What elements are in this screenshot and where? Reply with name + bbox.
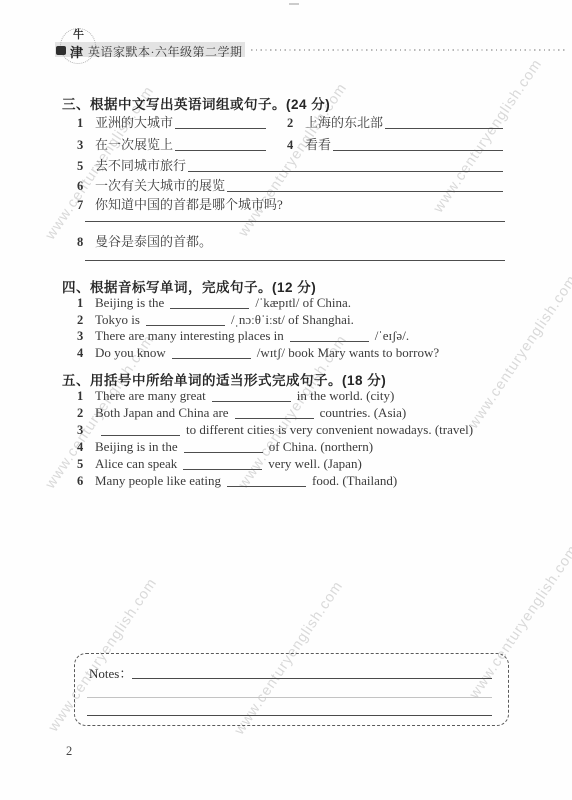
answer-blank [184, 452, 263, 453]
s4-item-2: 2 Tokyo is /ˌnɔːθˈiːst/ of Shanghai. [77, 311, 354, 328]
item-text: 一次有关大城市的展览 [95, 175, 225, 194]
section4-title: 四、根据音标写单词，完成句子。(12 分) [62, 276, 316, 296]
item-text-pre: Beijing is in the [95, 439, 178, 455]
s5-item-1: 1 There are many great in the world. (ci… [77, 387, 394, 404]
notes-line [87, 697, 492, 698]
answer-blank [101, 435, 180, 436]
item-number: 2 [77, 313, 95, 328]
item-text-post: of China. (northern) [269, 439, 373, 455]
s3-item-5: 5 去不同城市旅行 [77, 157, 505, 174]
item-text: 亚洲的大城市 [95, 112, 173, 131]
item-number: 2 [77, 406, 95, 421]
answer-blank [170, 308, 249, 309]
s4-item-1: 1 Beijing is the /ˈkæpɪtl/ of China. [77, 294, 351, 311]
section5-title: 五、用括号中所给单词的适当形式完成句子。(18 分) [62, 369, 386, 389]
publisher-mark-icon [56, 46, 66, 55]
answer-line [85, 260, 505, 261]
section3-row-2: 3 在一次展览上 4 看看 [77, 136, 505, 153]
answer-line [85, 221, 505, 222]
watermark-text: www.centuryenglish.com [466, 272, 572, 431]
item-text-pre: There are many interesting places in [95, 328, 284, 344]
workbook-page: www.centuryenglish.com www.centuryenglis… [0, 0, 572, 800]
answer-blank [188, 171, 503, 172]
item-number: 5 [77, 457, 95, 472]
logo-char-bottom: 津 [70, 42, 83, 61]
answer-blank [227, 191, 503, 192]
item-text-pre: Beijing is the [95, 295, 164, 311]
item-text: 曼谷是泰国的首都。 [95, 231, 212, 250]
notes-box: Notes： [74, 653, 509, 726]
answer-blank [333, 150, 503, 151]
item-text: 去不同城市旅行 [95, 155, 186, 174]
item-text-post: /ˈkæpɪtl/ of China. [255, 295, 351, 311]
item-number: 8 [77, 235, 95, 250]
notes-line [87, 715, 492, 716]
item-number: 4 [287, 138, 305, 153]
item-text-post: /ˌnɔːθˈiːst/ of Shanghai. [231, 312, 354, 328]
item-number: 5 [77, 159, 95, 174]
s3-item-6: 6 一次有关大城市的展览 [77, 177, 505, 194]
item-number: 4 [77, 440, 95, 455]
item-text: 在一次展览上 [95, 134, 173, 153]
item-text-pre: Do you know [95, 345, 166, 361]
answer-blank [227, 486, 306, 487]
item-number: 3 [77, 423, 95, 438]
item-text: 你知道中国的首都是哪个城市吗? [95, 194, 283, 213]
series-title: 英语家默本·六年级第二学期 [88, 43, 243, 60]
s3-item-7: 7 你知道中国的首都是哪个城市吗? [77, 196, 283, 213]
item-text-post: very well. (Japan) [268, 456, 362, 472]
s3-item-3: 3 在一次展览上 [77, 136, 268, 153]
s5-item-3: 3 to different cities is very convenient… [77, 421, 473, 438]
item-text-pre: Alice can speak [95, 456, 177, 472]
s3-item-4: 4 看看 [287, 136, 505, 153]
s3-item-2: 2 上海的东北部 [287, 114, 505, 131]
item-text-pre: There are many great [95, 388, 206, 404]
s4-item-3: 3 There are many interesting places in /… [77, 327, 409, 344]
header-dotted-line [251, 49, 566, 51]
answer-blank [146, 325, 225, 326]
item-number: 1 [77, 296, 95, 311]
answer-blank [172, 358, 251, 359]
notes-line [132, 678, 492, 679]
item-text-pre: Many people like eating [95, 473, 221, 489]
s3-item-8: 8 曼谷是泰国的首都。 [77, 233, 212, 250]
logo-char-top: 牛 [73, 26, 84, 42]
section3-title: 三、根据中文写出英语词组或句子。(24 分) [62, 93, 330, 113]
s4-item-4: 4 Do you know /wɪtʃ/ book Mary wants to … [77, 344, 439, 361]
item-text-post: /ˈeɪʃə/. [375, 328, 409, 344]
s3-item-1: 1 亚洲的大城市 [77, 114, 268, 131]
s5-item-6: 6 Many people like eating food. (Thailan… [77, 472, 397, 489]
item-text-post: countries. (Asia) [320, 405, 407, 421]
answer-blank [385, 128, 503, 129]
answer-blank [212, 401, 291, 402]
item-text: 上海的东北部 [305, 112, 383, 131]
item-text-pre: Tokyo is [95, 312, 140, 328]
notes-label: Notes： [89, 663, 132, 682]
scan-speck [289, 3, 299, 5]
item-number: 3 [77, 329, 95, 344]
item-number: 6 [77, 474, 95, 489]
item-text-post: /wɪtʃ/ book Mary wants to borrow? [257, 345, 439, 361]
s5-item-5: 5 Alice can speak very well. (Japan) [77, 455, 362, 472]
item-text-pre: Both Japan and China are [95, 405, 229, 421]
answer-blank [290, 341, 369, 342]
answer-blank [183, 469, 262, 470]
answer-blank [235, 418, 314, 419]
item-number: 2 [287, 116, 305, 131]
item-text-post: to different cities is very convenient n… [186, 422, 473, 438]
item-number: 4 [77, 346, 95, 361]
item-number: 1 [77, 116, 95, 131]
answer-blank [175, 128, 266, 129]
s5-item-4: 4 Beijing is in the of China. (northern) [77, 438, 373, 455]
item-number: 6 [77, 179, 95, 194]
item-number: 1 [77, 389, 95, 404]
s5-item-2: 2 Both Japan and China are countries. (A… [77, 404, 406, 421]
item-number: 7 [77, 198, 95, 213]
item-text-post: food. (Thailand) [312, 473, 397, 489]
item-text-post: in the world. (city) [297, 388, 394, 404]
answer-blank [175, 150, 266, 151]
item-number: 3 [77, 138, 95, 153]
page-number: 2 [66, 744, 72, 759]
item-text: 看看 [305, 134, 331, 153]
section3-row-1: 1 亚洲的大城市 2 上海的东北部 [77, 114, 505, 131]
